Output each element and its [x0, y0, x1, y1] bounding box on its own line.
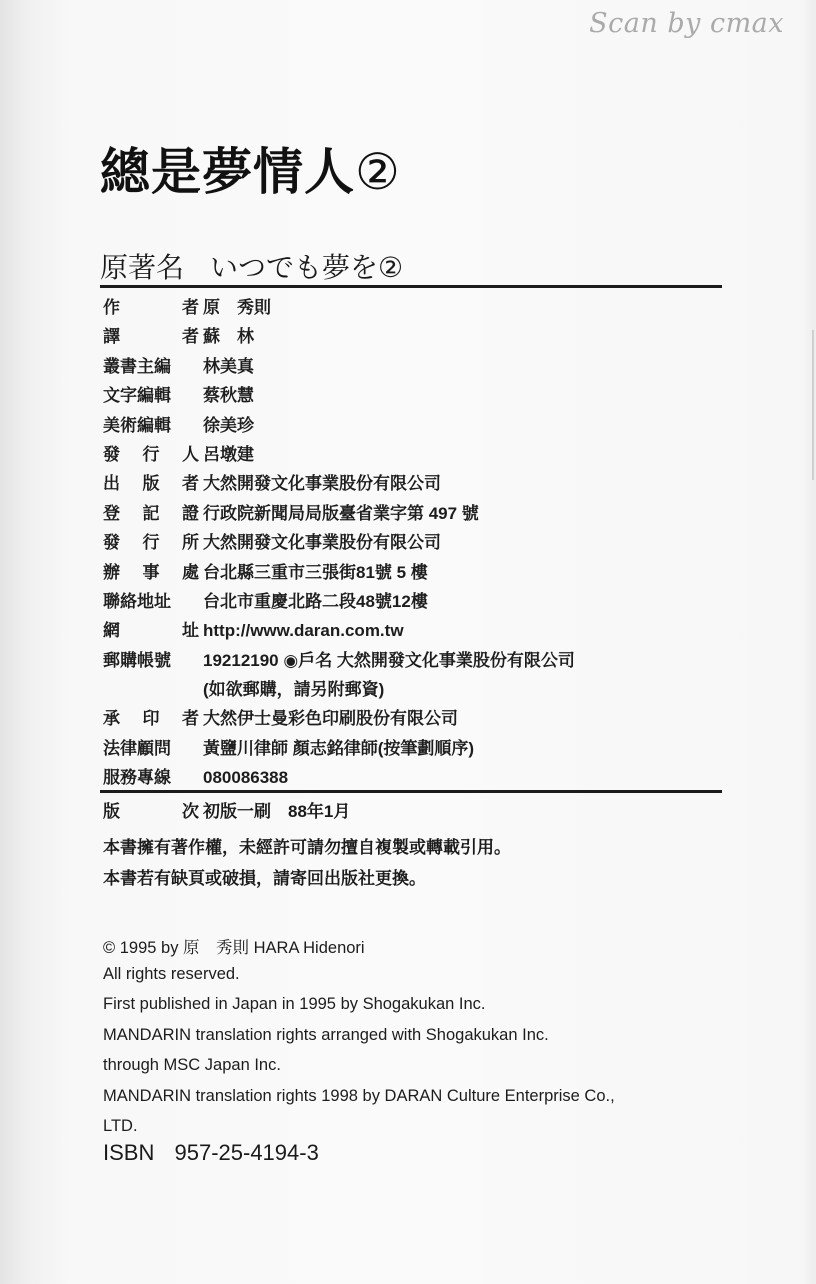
- credit-label-text: 處: [182, 558, 199, 583]
- edition-value: 初版一刷 88年1月: [203, 797, 350, 822]
- english-line: through MSC Japan Inc.: [103, 1056, 615, 1087]
- credit-row: 叢書主編林美真: [103, 352, 723, 381]
- credit-label-text: 者: [182, 704, 199, 729]
- credit-row: 發行所大然開發文化事業股份有限公司: [103, 528, 723, 557]
- credit-label: 法律顧問: [103, 734, 203, 759]
- volume-mark: ②: [355, 143, 401, 201]
- credit-label-text: 證: [182, 499, 199, 524]
- credit-label-text: 叢書主編: [103, 352, 171, 377]
- credit-value: 台北縣三重市三張街81號 5 樓: [203, 558, 723, 583]
- book-title: 總是夢情人②: [100, 132, 401, 204]
- credit-row: 服務專線080086388: [103, 763, 723, 792]
- credit-value: 19212190 ◉戶名 大然開發文化事業股份有限公司: [203, 646, 723, 671]
- original-title-label: 原著名: [100, 252, 184, 283]
- credit-row: 發行人呂墩建: [103, 440, 723, 469]
- edition-row: 版 次 初版一刷 88年1月: [103, 797, 350, 822]
- english-line: © 1995 by 原 秀則 HARA Hidenori: [103, 934, 615, 965]
- credit-label-text: 行: [143, 440, 160, 465]
- credit-label-text: 辦: [103, 558, 120, 583]
- credit-value: 大然開發文化事業股份有限公司: [203, 469, 723, 494]
- edition-label-char: 次: [182, 797, 199, 822]
- credits-list: 作者原 秀則譯者蘇 林叢書主編林美真文字編輯蔡秋慧美術編輯徐美珍發行人呂墩建出版…: [103, 293, 723, 793]
- credit-row: 辦事處台北縣三重市三張街81號 5 樓: [103, 558, 723, 587]
- credit-value: 蔡秋慧: [203, 381, 723, 406]
- credit-label: 網址: [103, 616, 199, 641]
- credit-label-text: 發: [103, 440, 120, 465]
- credit-label: 登記證: [103, 499, 199, 524]
- notice-line: 本書若有缺頁或破損，請寄回出版社更換。: [103, 864, 511, 895]
- credit-label: 叢書主編: [103, 352, 203, 377]
- credit-label-text: 承: [103, 704, 120, 729]
- credit-label: 發行所: [103, 528, 199, 553]
- credit-label: 發行人: [103, 440, 199, 465]
- credit-label: 服務專線: [103, 763, 203, 788]
- credit-label: 文字編輯: [103, 381, 203, 406]
- credit-label-text: 事: [143, 558, 160, 583]
- credit-row: 網址http://www.daran.com.tw: [103, 616, 723, 645]
- credit-row: 聯絡地址台北市重慶北路二段48號12樓: [103, 587, 723, 616]
- credit-label-text: 譯: [103, 322, 120, 347]
- credit-label: 承印者: [103, 704, 199, 729]
- credit-row: 登記證行政院新聞局局版臺省業字第 497 號: [103, 499, 723, 528]
- credit-value: 林美真: [203, 352, 723, 377]
- credit-value: 呂墩建: [203, 440, 723, 465]
- credit-label-text: 址: [182, 616, 199, 641]
- credit-label-text: 美術編輯: [103, 411, 171, 436]
- credit-label-text: 網: [103, 616, 120, 641]
- isbn: ISBN 957-25-4194-3: [103, 1140, 319, 1166]
- credit-label-text: 版: [143, 469, 160, 494]
- english-line: All rights reserved.: [103, 965, 615, 996]
- credit-label-text: 所: [182, 528, 199, 553]
- credit-value: 080086388: [203, 768, 723, 788]
- credit-label-text: 服務專線: [103, 763, 171, 788]
- credit-row: 出版者大然開發文化事業股份有限公司: [103, 469, 723, 498]
- credit-label-text: 法律顧問: [103, 734, 171, 759]
- credit-row: 郵購帳號19212190 ◉戶名 大然開發文化事業股份有限公司: [103, 646, 723, 675]
- credit-value: 大然伊士曼彩色印刷股份有限公司: [203, 704, 723, 729]
- english-line: MANDARIN translation rights 1998 by DARA…: [103, 1087, 615, 1118]
- credit-label-text: 登: [103, 499, 120, 524]
- credit-value: 徐美珍: [203, 411, 723, 436]
- credit-row: 作者原 秀則: [103, 293, 723, 322]
- credit-label-text: 者: [182, 322, 199, 347]
- english-line: First published in Japan in 1995 by Shog…: [103, 995, 615, 1026]
- divider-top: [100, 285, 722, 288]
- credit-row: 美術編輯徐美珍: [103, 411, 723, 440]
- english-line: MANDARIN translation rights arranged wit…: [103, 1026, 615, 1057]
- notice-line: 本書擁有著作權，未經許可請勿擅自複製或轉載引用。: [103, 833, 511, 864]
- credit-value: (如欲郵購，請另附郵資): [203, 675, 723, 700]
- credit-value: 蘇 林: [203, 322, 723, 347]
- page-edge-mark: [812, 330, 814, 480]
- credit-label-text: 郵購帳號: [103, 646, 171, 671]
- credit-label-text: 人: [182, 440, 199, 465]
- book-title-text: 總是夢情人: [100, 144, 355, 200]
- credit-label-text: 作: [103, 293, 120, 318]
- isbn-value: 957-25-4194-3: [174, 1140, 318, 1165]
- credit-label-text: 聯絡地址: [103, 587, 171, 612]
- credit-label: 郵購帳號: [103, 646, 203, 671]
- credit-row: 法律顧問黃鹽川律師 顏志銘律師(按筆劃順序): [103, 734, 723, 763]
- credit-value: 台北市重慶北路二段48號12樓: [203, 587, 723, 612]
- credit-label-text: 出: [103, 469, 120, 494]
- original-title-value: いつでも夢を②: [210, 252, 403, 283]
- credit-label: 譯者: [103, 322, 199, 347]
- original-title: 原著名いつでも夢を②: [100, 246, 403, 286]
- credit-label-text: 者: [182, 469, 199, 494]
- credit-label-text: 者: [182, 293, 199, 318]
- credit-label: 聯絡地址: [103, 587, 203, 612]
- credit-label-text: 發: [103, 528, 120, 553]
- edition-label-char: 版: [103, 797, 120, 822]
- credit-value: 行政院新聞局局版臺省業字第 497 號: [203, 499, 723, 524]
- credit-label: 作者: [103, 293, 199, 318]
- edition-label: 版 次: [103, 797, 199, 822]
- credit-row: (如欲郵購，請另附郵資): [103, 675, 723, 704]
- divider-bottom: [100, 790, 722, 793]
- credit-row: 承印者大然伊士曼彩色印刷股份有限公司: [103, 704, 723, 733]
- credit-label: 出版者: [103, 469, 199, 494]
- copyright-notice: 本書擁有著作權，未經許可請勿擅自複製或轉載引用。 本書若有缺頁或破損，請寄回出版…: [103, 833, 511, 895]
- credit-label: 辦事處: [103, 558, 199, 583]
- credit-row: 譯者蘇 林: [103, 322, 723, 351]
- credit-label-text: 文字編輯: [103, 381, 171, 406]
- isbn-label: ISBN: [103, 1140, 154, 1165]
- credit-value: 原 秀則: [203, 293, 723, 318]
- scan-watermark: Scan by cmax: [589, 8, 784, 39]
- credit-label: 美術編輯: [103, 411, 203, 436]
- credit-label-text: 印: [143, 704, 160, 729]
- credit-row: 文字編輯蔡秋慧: [103, 381, 723, 410]
- credit-value: 黃鹽川律師 顏志銘律師(按筆劃順序): [203, 734, 723, 759]
- credit-label-text: 記: [143, 499, 160, 524]
- credit-value: 大然開發文化事業股份有限公司: [203, 528, 723, 553]
- credit-label-text: 行: [143, 528, 160, 553]
- english-copyright: © 1995 by 原 秀則 HARA Hidenori All rights …: [103, 934, 615, 1148]
- credit-value: http://www.daran.com.tw: [203, 621, 723, 641]
